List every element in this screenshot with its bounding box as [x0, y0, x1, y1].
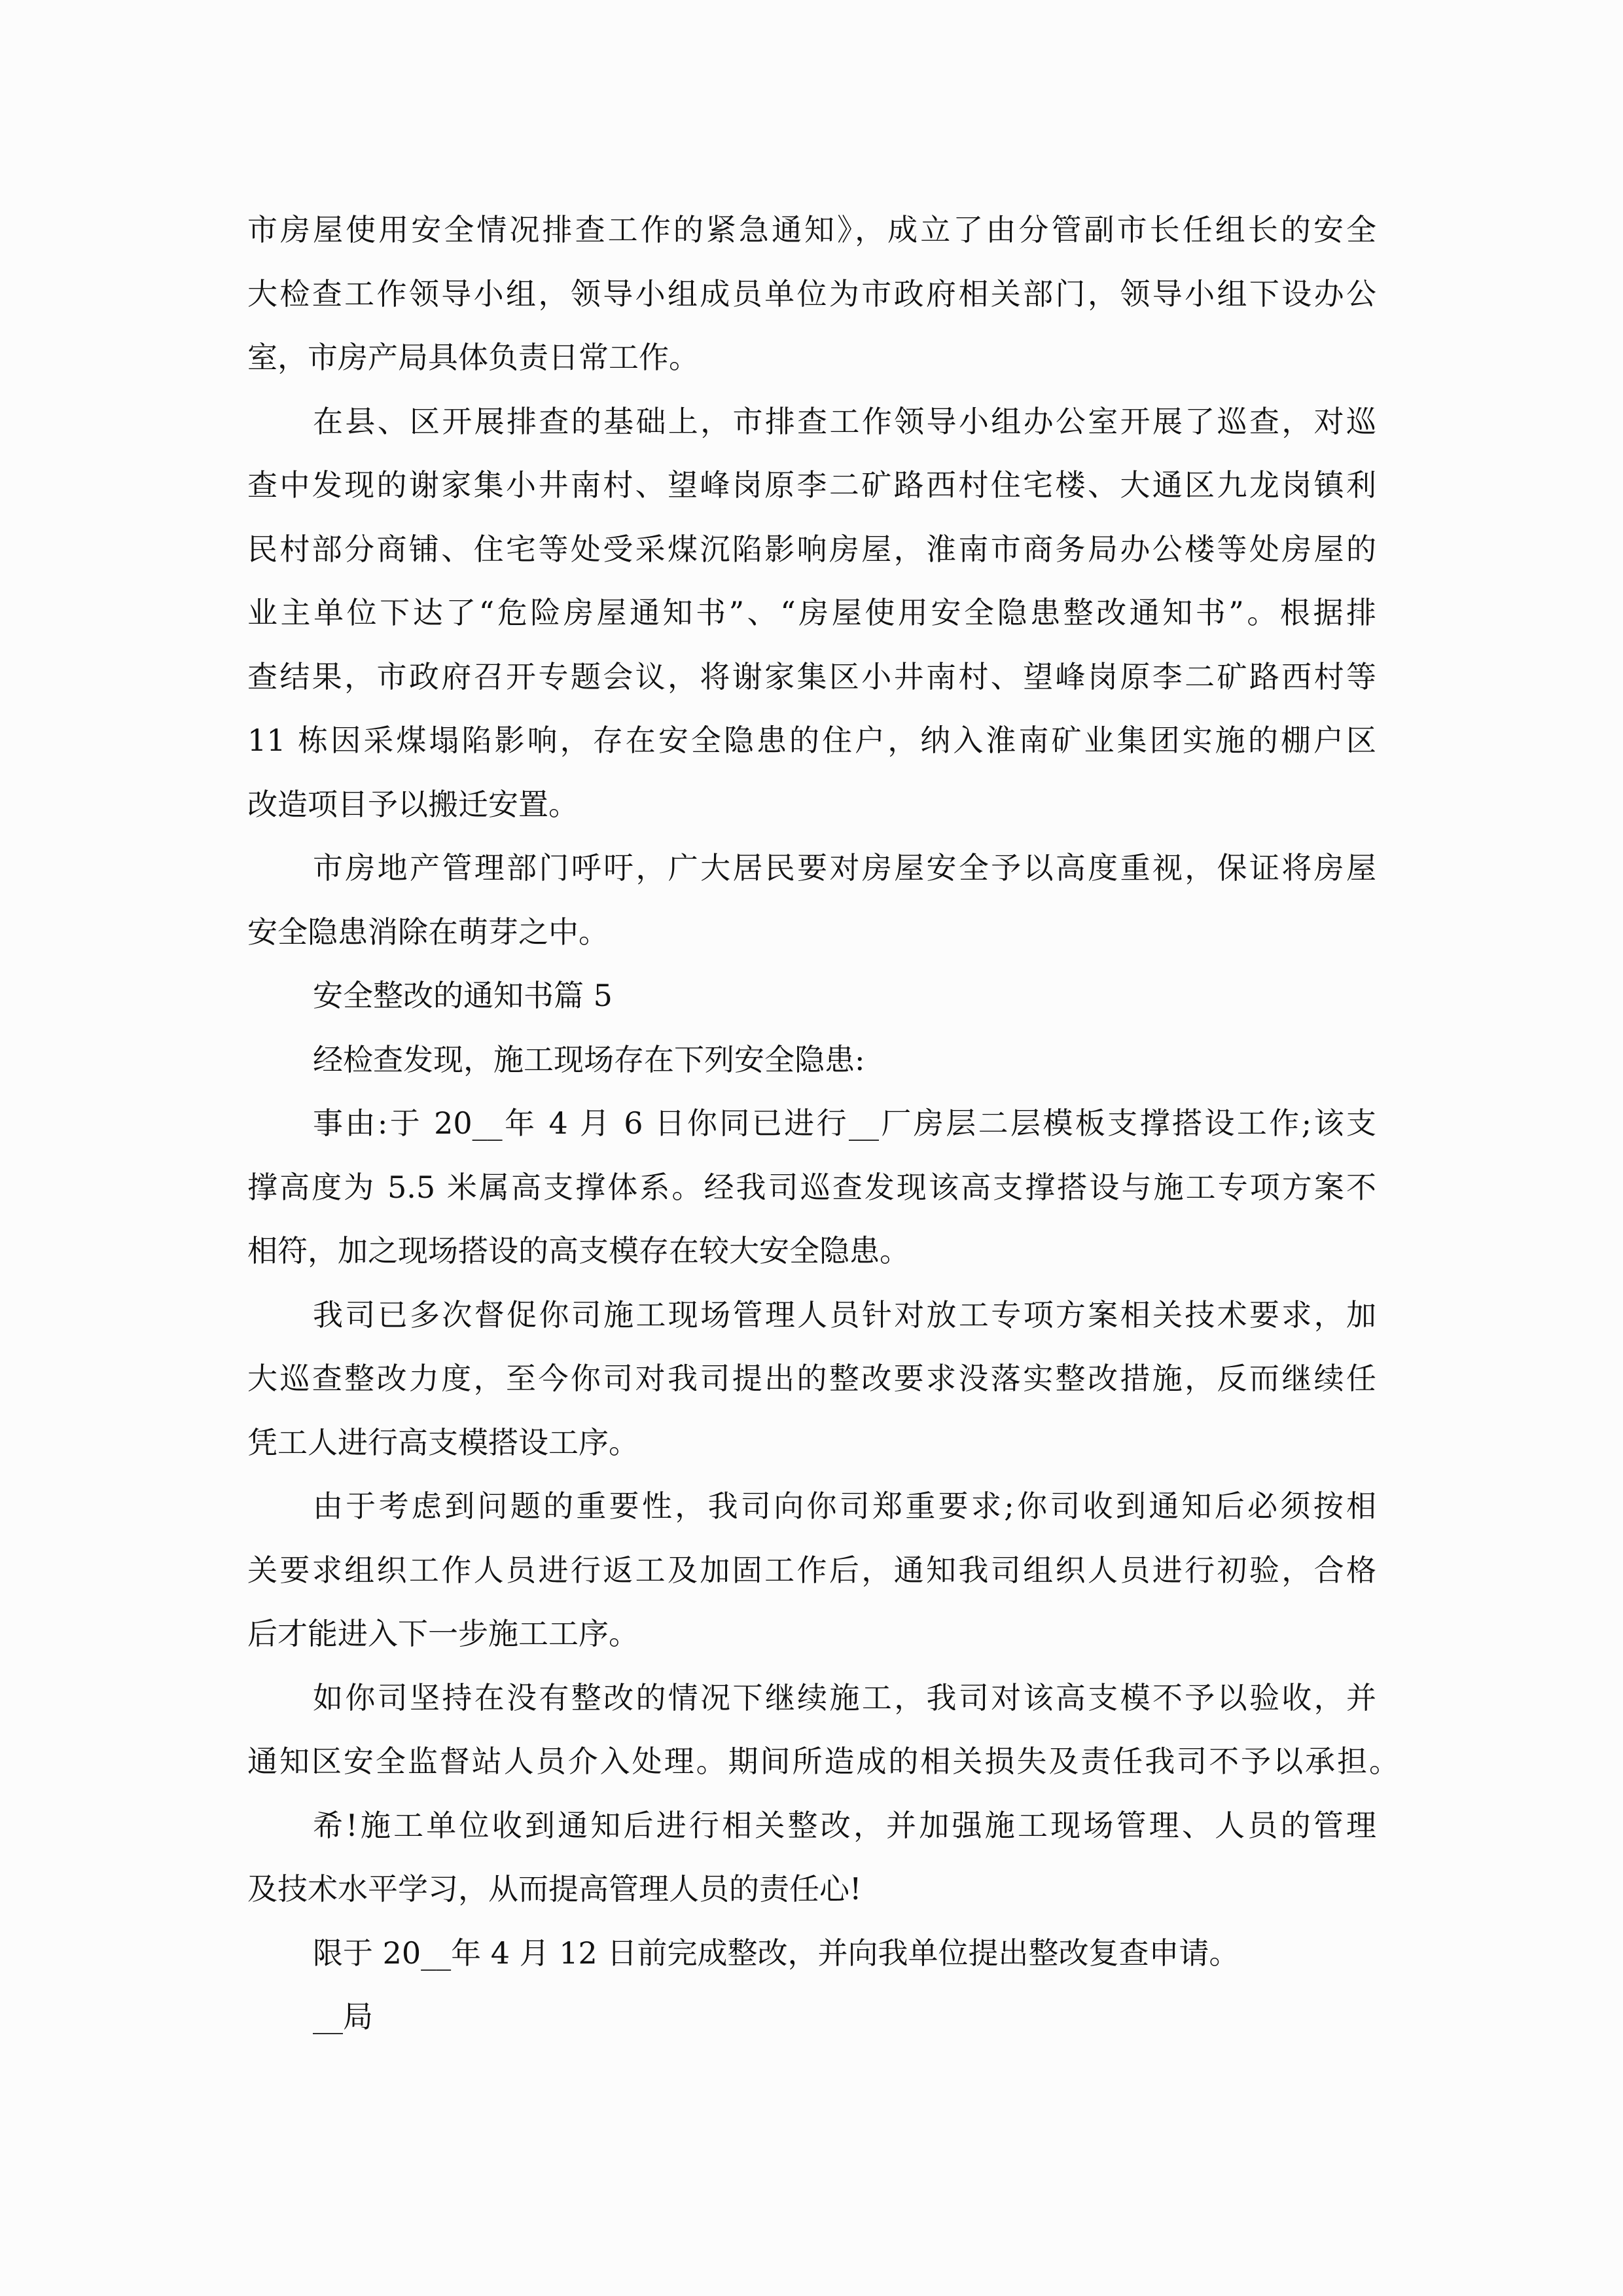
text-line: 限于 20__年 4 月 12 日前完成整改，并向我单位提出整改复查申请。	[247, 1930, 1376, 1994]
paragraph-urged: 我司已多次督促你司施工现场管理人员针对放工专项方案相关技术要求，加 大巡查整改力…	[247, 1292, 1376, 1484]
paragraph-deadline: 限于 20__年 4 月 12 日前完成整改，并向我单位提出整改复查申请。	[247, 1930, 1376, 1994]
heading-text: 安全整改的通知书篇 5	[247, 973, 1376, 1037]
text-line: 我司已多次督促你司施工现场管理人员针对放工专项方案相关技术要求，加	[247, 1292, 1376, 1356]
text-line: 及技术水平学习，从而提高管理人员的责任心!	[247, 1866, 1376, 1930]
document-body: 市房屋使用安全情况排查工作的紧急通知》，成立了由分管副市长任组长的安全 大检查工…	[247, 207, 1376, 2058]
paragraph-appeal: 市房地产管理部门呼吁，广大居民要对房屋安全予以高度重视，保证将房屋 安全隐患消除…	[247, 845, 1376, 973]
paragraph-requirement: 由于考虑到问题的重要性，我司向你司郑重要求;你司收到通知后必须按相 关要求组织工…	[247, 1483, 1376, 1675]
paragraph-continuation: 市房屋使用安全情况排查工作的紧急通知》，成立了由分管副市长任组长的安全 大检查工…	[247, 207, 1376, 399]
text-line: 后才能进入下一步施工工序。	[247, 1611, 1376, 1675]
text-line: 关要求组织工作人员进行返工及加固工作后，通知我司组织人员进行初验，合格	[247, 1547, 1376, 1611]
paragraph-cause: 事由:于 20__年 4 月 6 日你同已进行__厂房层二层模板支撑搭设工作;该…	[247, 1100, 1376, 1292]
text-line: 民村部分商铺、住宅等处受采煤沉陷影响房屋，淮南市商务局办公楼等处房屋的	[247, 526, 1376, 590]
text-line: 市房屋使用安全情况排查工作的紧急通知》，成立了由分管副市长任组长的安全	[247, 207, 1376, 271]
section-heading: 安全整改的通知书篇 5	[247, 973, 1376, 1037]
text-line: 大检查工作领导小组，领导小组成员单位为市政府相关部门，领导小组下设办公	[247, 271, 1376, 335]
text-line: 业主单位下达了“危险房屋通知书”、“房屋使用安全隐患整改通知书”。根据排	[247, 590, 1376, 654]
text-line: 查结果，市政府召开专题会议，将谢家集区小井南村、望峰岗原李二矿路西村等	[247, 654, 1376, 718]
text-line: 室，市房产局具体负责日常工作。	[247, 334, 1376, 399]
text-line: 希!施工单位收到通知后进行相关整改，并加强施工现场管理、人员的管理	[247, 1803, 1376, 1867]
text-line: 凭工人进行高支模搭设工序。	[247, 1420, 1376, 1484]
text-line: 撑高度为 5.5 米属高支撑体系。经我司巡查发现该高支撑搭设与施工专项方案不	[247, 1164, 1376, 1229]
paragraph-consequence: 如你司坚持在没有整改的情况下继续施工，我司对该高支模不予以验收，并 通知区安全监…	[247, 1675, 1376, 1803]
text-line: 由于考虑到问题的重要性，我司向你司郑重要求;你司收到通知后必须按相	[247, 1483, 1376, 1547]
text-line: 安全隐患消除在萌芽之中。	[247, 909, 1376, 973]
text-line: 查中发现的谢家集小井南村、望峰岗原李二矿路西村住宅楼、大通区九龙岗镇利	[247, 462, 1376, 526]
text-line: 大巡查整改力度，至今你司对我司提出的整改要求没落实整改措施，反而继续任	[247, 1355, 1376, 1420]
text-line: 如你司坚持在没有整改的情况下继续施工，我司对该高支模不予以验收，并	[247, 1675, 1376, 1739]
document-page: 市房屋使用安全情况排查工作的紧急通知》，成立了由分管副市长任组长的安全 大检查工…	[0, 0, 1623, 2296]
signature-text: __局	[247, 1994, 1376, 2058]
text-line: 11 栋因采煤塌陷影响，存在安全隐患的住户，纳入淮南矿业集团实施的棚户区	[247, 717, 1376, 781]
paragraph-inspection: 在县、区开展排查的基础上，市排查工作领导小组办公室开展了巡查，对巡 查中发现的谢…	[247, 399, 1376, 846]
paragraph-hope: 希!施工单位收到通知后进行相关整改，并加强施工现场管理、人员的管理 及技术水平学…	[247, 1803, 1376, 1930]
text-line: 改造项目予以搬迁安置。	[247, 781, 1376, 846]
text-line: 通知区安全监督站人员介入处理。期间所造成的相关损失及责任我司不予以承担。	[247, 1738, 1399, 1803]
signature-block: __局	[247, 1994, 1376, 2058]
text-line: 在县、区开展排查的基础上，市排查工作领导小组办公室开展了巡查，对巡	[247, 399, 1376, 463]
text-line: 市房地产管理部门呼吁，广大居民要对房屋安全予以高度重视，保证将房屋	[247, 845, 1376, 909]
paragraph-found: 经检查发现，施工现场存在下列安全隐患:	[247, 1037, 1376, 1101]
text-line: 事由:于 20__年 4 月 6 日你同已进行__厂房层二层模板支撑搭设工作;该…	[247, 1100, 1376, 1164]
text-line: 相符，加之现场搭设的高支模存在较大安全隐患。	[247, 1228, 1376, 1292]
text-line: 经检查发现，施工现场存在下列安全隐患:	[247, 1037, 1376, 1101]
